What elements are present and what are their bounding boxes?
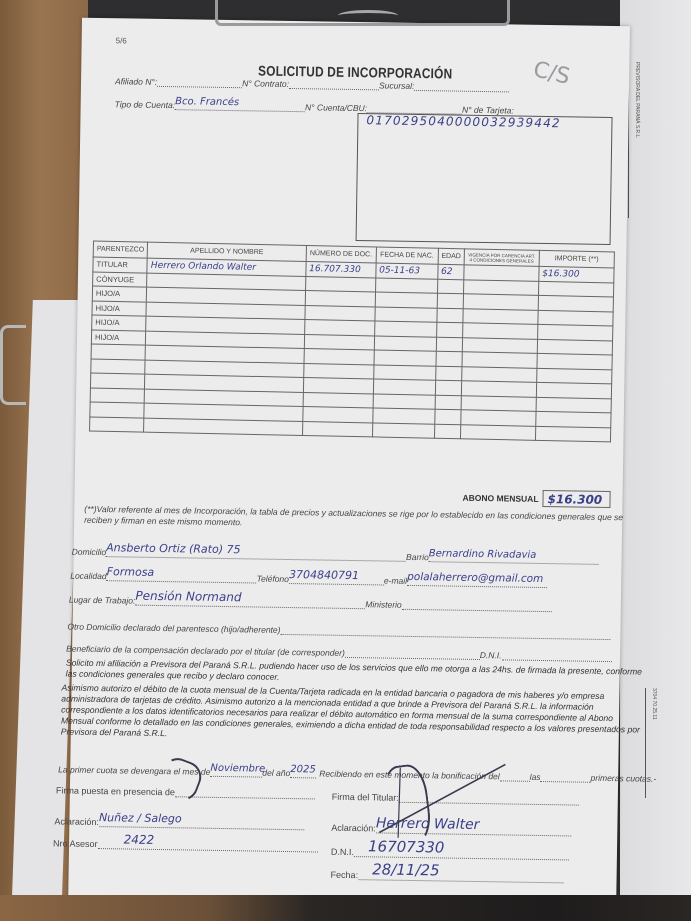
abono-mensual-label: ABONO MENSUAL: [462, 492, 538, 503]
cell-vigencia[interactable]: [464, 279, 539, 295]
cell-nombre[interactable]: [144, 418, 303, 436]
tipo-cuenta-label: Tipo de Cuenta:: [115, 99, 176, 110]
header-row-2: Tipo de Cuenta: Bco. Francés N° Cuenta/C…: [115, 90, 514, 115]
presencia-label: Firma puesta en presencia de: [56, 785, 175, 797]
page-number: 5/6: [116, 36, 127, 45]
cell-edad[interactable]: [436, 322, 463, 337]
cell-importe[interactable]: [537, 353, 612, 369]
corner-mark: C/S: [531, 57, 572, 90]
family-table-body: TITULARHerrero Orlando Walter16.707.3300…: [90, 257, 615, 442]
cuota-anio-field[interactable]: 2025: [290, 759, 316, 778]
cuota-suffix: primeras cuotas.-: [591, 773, 657, 784]
col-header-edad: EDAD: [438, 248, 465, 265]
cell-parentezco: [90, 388, 145, 404]
cell-edad[interactable]: [437, 308, 464, 323]
application-form: 5/6 SOLICITUD DE INCORPORACIÓN C/S Afili…: [68, 18, 630, 906]
cell-parentezco: [91, 359, 146, 375]
domicilio-value: Ansberto Ortiz (Rato) 75: [106, 541, 241, 556]
cell-vigencia[interactable]: [464, 265, 539, 281]
cell-importe[interactable]: [536, 397, 611, 413]
cell-edad[interactable]: [437, 293, 464, 308]
sucursal-field[interactable]: [414, 90, 509, 92]
cell-fecha-nac[interactable]: [372, 422, 434, 438]
aclaracion-left-label: Aclaración:: [54, 816, 99, 827]
col-header-fecha-nac: FECHA DE NAC.: [376, 247, 438, 264]
cell-parentezco: HIJO/A: [92, 315, 147, 331]
cell-edad[interactable]: [435, 380, 462, 395]
col-header-parentezco: PARENTEZCO: [93, 241, 148, 258]
cell-documento[interactable]: 16.707.330: [306, 261, 376, 277]
cell-documento[interactable]: [303, 392, 373, 408]
cell-documento[interactable]: [303, 377, 373, 393]
cell-documento[interactable]: [305, 276, 375, 292]
beneficiario-dni-field[interactable]: [501, 659, 611, 662]
cell-importe[interactable]: $16.300: [539, 266, 614, 282]
col-header-importe: IMPORTE (**): [539, 250, 615, 268]
cell-parentezco: [91, 344, 146, 360]
cell-vigencia[interactable]: [462, 352, 537, 368]
binder-ring: [0, 325, 26, 405]
cuota-anio-label: del año: [262, 768, 290, 778]
cell-vigencia[interactable]: [462, 337, 537, 353]
cell-parentezco: HIJO/A: [92, 286, 147, 302]
asesor-value: 2422: [124, 832, 155, 846]
trabajo-value: Pensión Normand: [135, 589, 241, 605]
presencia-signature-field[interactable]: [175, 796, 315, 799]
cell-fecha-nac[interactable]: [375, 277, 437, 293]
localidad-value: Formosa: [107, 565, 155, 579]
asesor-row: Nro Asesor 2422: [53, 829, 318, 852]
beneficiario-label: Beneficiario de la compensación declarad…: [66, 644, 345, 658]
cell-vigencia[interactable]: [461, 410, 536, 426]
col-header-vigencia: VIGENCIA POR CARENCIA ART. 4 CONDICIONES…: [464, 249, 539, 267]
cell-fecha-nac[interactable]: [372, 408, 434, 424]
cell-fecha-nac[interactable]: [374, 350, 436, 366]
cell-edad[interactable]: [435, 366, 462, 381]
cuota-mes-field[interactable]: Noviembre: [210, 758, 262, 778]
abono-mensual-value[interactable]: $16.300: [542, 490, 610, 508]
cell-documento[interactable]: [303, 406, 373, 422]
cell-edad[interactable]: 62: [437, 264, 464, 279]
cell-fecha-nac[interactable]: [374, 335, 436, 351]
cell-importe[interactable]: [538, 281, 613, 297]
beneficiario-field[interactable]: [345, 657, 480, 660]
footnote: (**)Valor referente al mes de Incorporac…: [84, 504, 624, 534]
trabajo-row: Lugar de Trabajo: Pensión Normand Minist…: [69, 586, 552, 613]
tipo-cuenta-field[interactable]: Bco. Francés: [175, 91, 305, 112]
cell-fecha-nac[interactable]: [373, 379, 435, 395]
localidad-row: Localidad Formosa Teléfono 3704840791 e-…: [70, 562, 547, 588]
cell-documento[interactable]: [302, 421, 372, 437]
domicilio-field[interactable]: Ansberto Ortiz (Rato) 75: [106, 538, 406, 562]
telefono-label: Teléfono: [257, 574, 289, 585]
cell-vigencia[interactable]: [463, 308, 538, 324]
email-field[interactable]: polalaherrero@gmail.com: [407, 567, 547, 588]
cell-documento[interactable]: [304, 334, 374, 350]
las-label: las: [530, 772, 541, 782]
trabajo-field[interactable]: Pensión Normand: [135, 587, 365, 610]
cell-importe[interactable]: [536, 411, 611, 427]
cell-edad[interactable]: [437, 279, 464, 294]
cell-parentezco: HIJO/A: [91, 330, 146, 346]
asesor-label: Nro Asesor: [53, 838, 98, 849]
domicilio-row: Domicilio Ansberto Ortiz (Rato) 75 Barri…: [72, 538, 599, 565]
cell-importe[interactable]: [536, 382, 611, 398]
cuota-mes-value: Noviembre: [210, 763, 265, 775]
side-strip-top: PREVISORA DEL PARANÁ S.R.L.: [628, 58, 640, 218]
cell-documento[interactable]: [304, 319, 374, 335]
barrio-value: Bernardino Rivadavia: [429, 548, 537, 561]
family-table: PARENTEZCO APELLIDO Y NOMBRE NÚMERO DE D…: [89, 241, 615, 443]
signature-stroke: [369, 757, 510, 839]
cell-edad[interactable]: [435, 395, 462, 410]
email-label: e-mail: [384, 576, 407, 586]
cell-importe[interactable]: [538, 310, 613, 326]
cell-importe[interactable]: [536, 368, 611, 384]
cell-parentezco: [90, 373, 145, 389]
cuota-anio-value: 2025: [290, 764, 316, 775]
cell-fecha-nac[interactable]: [374, 321, 436, 337]
cell-parentezco: HIJO/A: [92, 301, 147, 317]
cell-fecha-nac[interactable]: [375, 306, 437, 322]
domicilio-label: Domicilio: [72, 547, 107, 558]
cell-fecha-nac[interactable]: [373, 364, 435, 380]
afiliado-label: Afiliado N°:: [115, 76, 157, 87]
metal-clip: [215, 0, 510, 26]
barrio-field[interactable]: Bernardino Rivadavia: [429, 543, 599, 565]
beneficiario-dni-label: D.N.I.: [480, 650, 502, 660]
desk-bottom: [0, 895, 691, 921]
cell-fecha-nac[interactable]: 05-11-63: [375, 263, 437, 279]
fecha-label: Fecha:: [331, 870, 359, 880]
cell-fecha-nac[interactable]: [375, 292, 437, 308]
ministerio-label: Ministerio: [365, 599, 402, 610]
localidad-label: Localidad: [70, 571, 107, 582]
dni-right-label: D.N.I.: [331, 847, 354, 857]
cuota-row: La primer cuota se devengara el mes de N…: [58, 755, 656, 783]
fecha-value: 28/11/25: [372, 860, 440, 879]
ministerio-field[interactable]: [402, 609, 552, 612]
cell-vigencia[interactable]: [463, 294, 538, 310]
cell-parentezco: TITULAR: [93, 257, 148, 273]
otro-domicilio-label: Otro Domicilio declarado del parentesco …: [67, 622, 280, 635]
asesor-field[interactable]: 2422: [98, 830, 318, 852]
sucursal-label: Sucursal:: [379, 80, 415, 91]
cell-documento[interactable]: [304, 348, 374, 364]
cell-documento[interactable]: [303, 363, 373, 379]
tipo-cuenta-value: Bco. Francés: [175, 96, 239, 108]
dni-right-field[interactable]: 16707330: [354, 837, 569, 860]
barrio-label: Barrio: [406, 552, 429, 562]
cell-documento[interactable]: [305, 305, 375, 321]
email-value: polalaherrero@gmail.com: [407, 571, 543, 585]
cell-fecha-nac[interactable]: [373, 393, 435, 409]
cell-documento[interactable]: [305, 290, 375, 306]
otro-domicilio-row: Otro Domicilio declarado del parentesco …: [67, 622, 610, 641]
trabajo-label: Lugar de Trabajo:: [69, 595, 136, 606]
afiliado-field[interactable]: [157, 86, 242, 88]
cell-parentezco: [90, 402, 145, 418]
cell-vigencia[interactable]: [463, 323, 538, 339]
localidad-field[interactable]: Formosa: [107, 562, 257, 583]
telefono-field[interactable]: 3704840791: [289, 565, 384, 585]
cell-edad[interactable]: [436, 337, 463, 352]
cell-edad[interactable]: [434, 424, 461, 439]
cuotas-field[interactable]: [541, 781, 591, 783]
cell-importe[interactable]: [538, 295, 613, 311]
autorizo-text: Asimismo autorizo el débito de la cuota …: [61, 682, 642, 746]
cell-vigencia[interactable]: [461, 381, 536, 397]
cbu-value[interactable]: 0170295040000032939442: [366, 113, 561, 130]
cbu-box: 0170295040000032939442: [356, 113, 613, 245]
aclaracion-left-field[interactable]: Nuñez / Salego: [99, 808, 304, 830]
cell-importe[interactable]: [537, 339, 612, 355]
dni-right-row: D.N.I. 16707330: [331, 837, 569, 861]
telefono-value: 3704840791: [289, 568, 359, 582]
cell-parentezco: [90, 417, 145, 433]
cuenta-cbu-label: N° Cuenta/CBU:: [305, 102, 367, 113]
abono-mensual: ABONO MENSUAL $16.300: [462, 489, 610, 508]
cell-vigencia[interactable]: [461, 424, 536, 440]
otro-domicilio-field[interactable]: [280, 634, 610, 640]
cell-importe[interactable]: [535, 426, 610, 442]
cell-importe[interactable]: [537, 324, 612, 340]
cell-vigencia[interactable]: [462, 366, 537, 382]
fecha-row: Fecha: 28/11/25: [331, 860, 564, 884]
cell-edad[interactable]: [436, 351, 463, 366]
aclaracion-left-value: Nuñez / Salego: [99, 811, 182, 825]
aclaracion-left-row: Aclaración: Nuñez / Salego: [54, 807, 304, 830]
col-header-documento: NÚMERO DE DOC.: [306, 245, 376, 262]
contrato-label: N° Contrato:: [242, 78, 289, 89]
contrato-field[interactable]: [289, 88, 379, 90]
cell-parentezco: CÓNYUGE: [93, 272, 148, 288]
fecha-field[interactable]: 28/11/25: [358, 860, 563, 883]
cell-vigencia[interactable]: [461, 395, 536, 411]
cell-edad[interactable]: [434, 409, 461, 424]
